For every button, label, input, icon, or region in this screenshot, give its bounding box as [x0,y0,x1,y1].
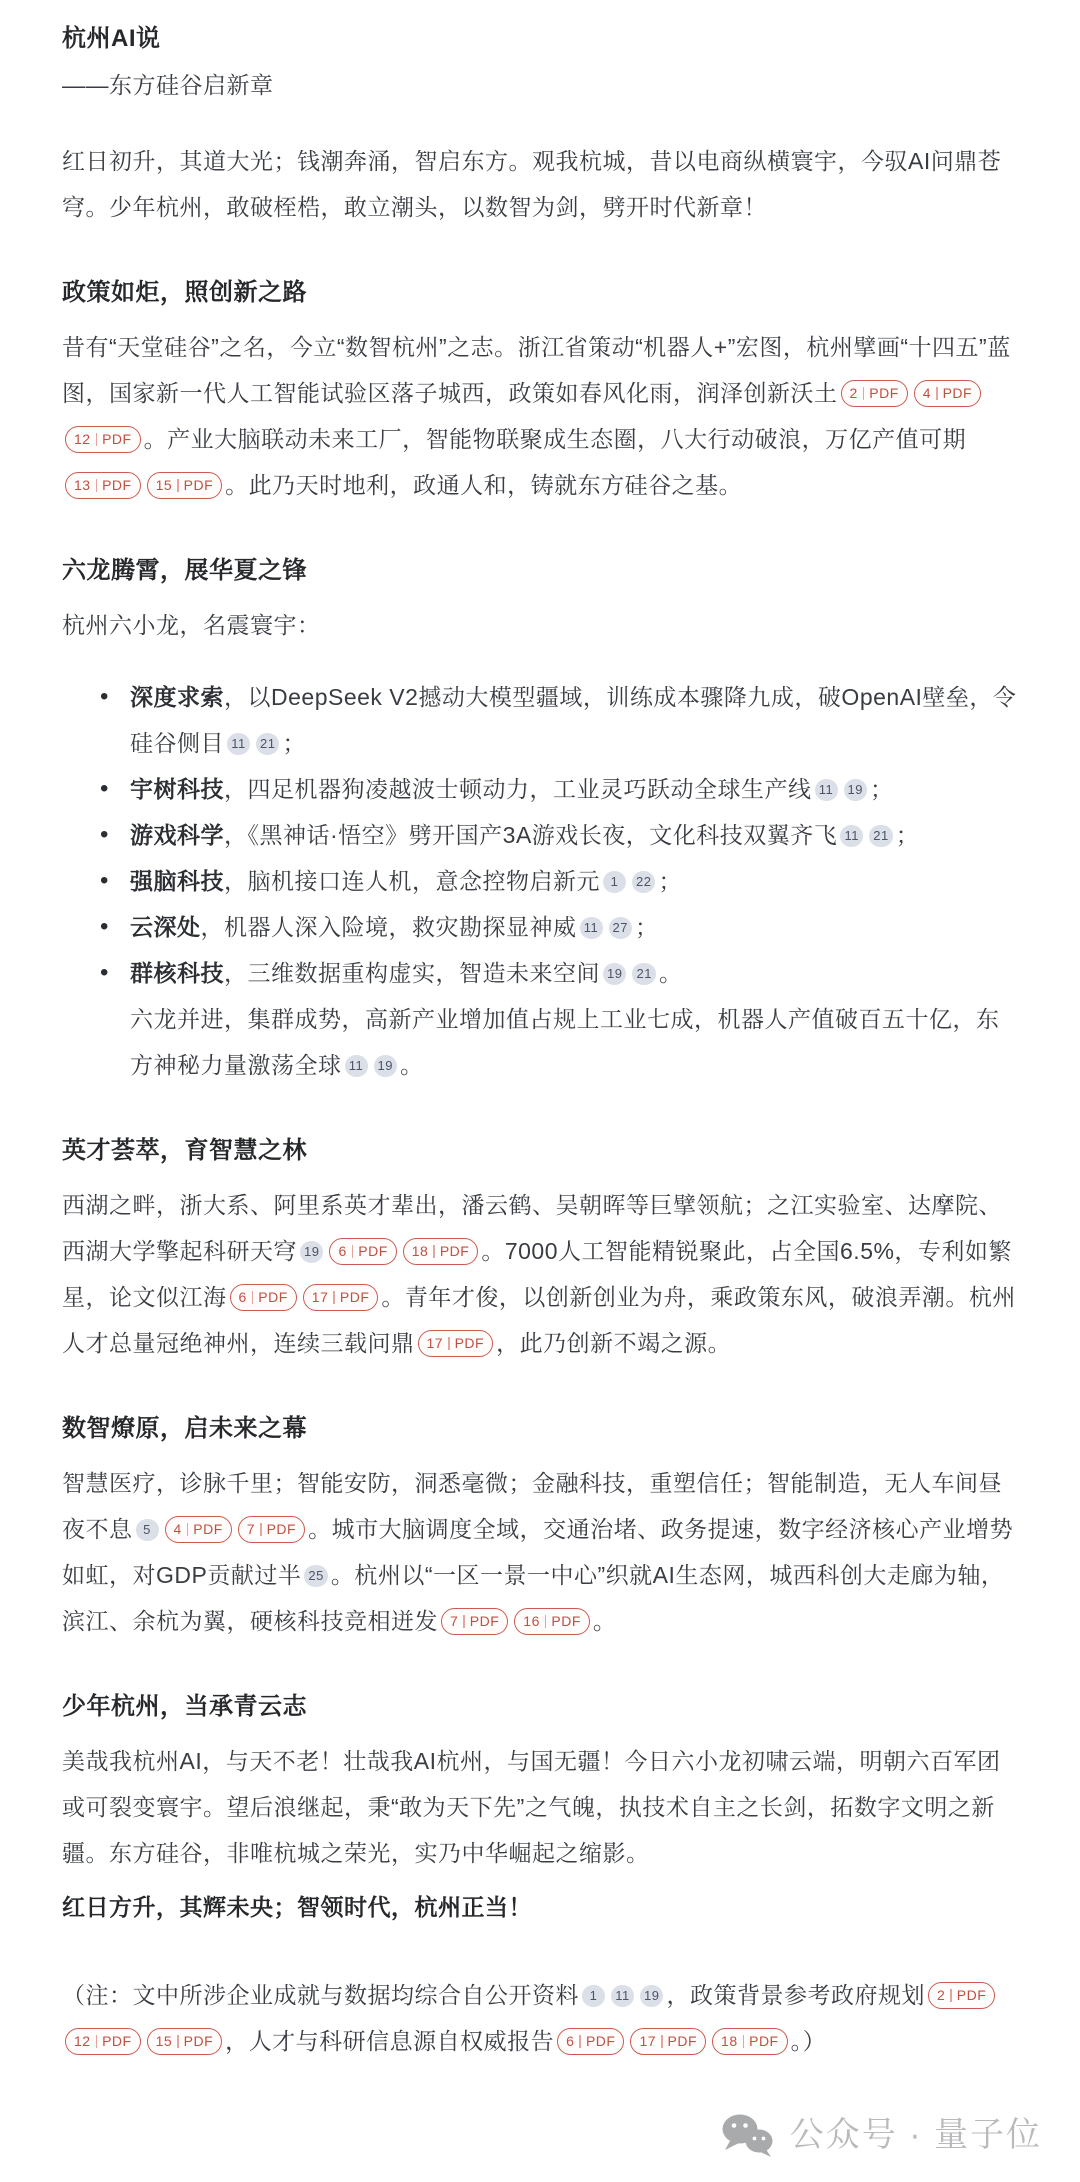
pdf-citation-badge[interactable]: 4PDF [165,1516,232,1543]
citation-badge[interactable]: 1 [603,871,626,893]
pdf-citation-number: 16 [523,1609,540,1634]
pdf-citation-number: 13 [74,473,91,498]
page-subtitle: ——东方硅谷启新章 [62,62,1018,108]
pdf-separator-icon [177,2035,179,2048]
citation-badge[interactable]: 25 [304,1565,327,1587]
pdf-separator-icon [661,2035,663,2048]
list-item: 群核科技，三维数据重构虚实，智造未来空间1921。六龙并进，集群成势，高新产业增… [130,950,1018,1088]
citation-badge[interactable]: 22 [632,871,655,893]
pdf-citation-label: PDF [668,2029,698,2054]
text-run: 。产业大脑联动未来工厂，智能物联聚成生态圈，八大行动破浪，万亿产值可期 [144,426,967,452]
pdf-citation-label: PDF [943,381,973,406]
pdf-separator-icon [177,479,179,492]
pdf-citation-badge[interactable]: 6PDF [329,1238,396,1265]
pdf-separator-icon [545,1615,547,1628]
text-run: ，人才与科研信息源自权威报告 [225,2028,554,2054]
section-heading: 数智燎原，启未来之幕 [62,1406,1018,1452]
pdf-citation-label: PDF [267,1517,297,1542]
pdf-citation-badge[interactable]: 17PDF [630,2028,706,2055]
pdf-citation-number: 12 [74,2029,91,2054]
pdf-citation-badge[interactable]: 17PDF [303,1284,379,1311]
pdf-separator-icon [333,1291,335,1304]
pdf-separator-icon [260,1523,262,1536]
list-item: 强脑科技，脑机接口连人机，意念控物启新元122； [130,858,1018,904]
page-title: 杭州AI说 [62,16,1018,62]
citation-badge[interactable]: 19 [844,779,867,801]
list-item: 云深处，机器人深入险境，救灾勘探显神威1127； [130,904,1018,950]
pdf-citation-badge[interactable]: 18PDF [712,2028,788,2055]
pdf-citation-badge[interactable]: 17PDF [418,1330,494,1357]
pdf-citation-badge[interactable]: 2PDF [928,1982,995,2009]
bold-text-run: 云深处 [130,914,201,940]
text-run: ； [896,822,920,848]
citation-badge[interactable]: 19 [640,1985,663,2007]
text-run: 杭州六小龙，名震寰宇： [62,612,321,638]
pdf-separator-icon [463,1615,465,1628]
text-run: ； [658,868,682,894]
section-heading: 政策如炬，照创新之路 [62,270,1018,316]
text-run: ； [635,914,659,940]
pdf-citation-number: 4 [174,1517,182,1542]
pdf-citation-number: 2 [937,1983,945,2008]
pdf-citation-label: PDF [184,473,214,498]
paragraph: 红日方升，其辉未央；智领时代，杭州正当！ [62,1884,1018,1930]
pdf-separator-icon [950,1989,952,2002]
text-run: 。 [593,1608,617,1634]
text-run: 。） [791,2028,827,2054]
pdf-citation-number: 15 [156,473,173,498]
text-run: ，政策背景参考政府规划 [666,1982,925,2008]
text-run: 六龙并进，集群成势，高新产业增加值占规上工业七成，机器人产值破百五十亿，东方神秘… [130,1006,1000,1078]
pdf-citation-badge[interactable]: 4PDF [914,380,981,407]
paragraph: 红日初升，其道大光；钱潮奔涌，智启东方。观我杭城，昔以电商纵横寰宇，今驭AI问鼎… [62,138,1018,230]
bold-text-run: 深度求索 [130,684,224,710]
pdf-citation-number: 2 [850,381,858,406]
pdf-citation-label: PDF [455,1331,485,1356]
pdf-citation-label: PDF [551,1609,581,1634]
text-run: 。此乃天时地利，政通人和，铸就东方硅谷之基。 [225,472,742,498]
pdf-separator-icon [579,2035,581,2048]
pdf-citation-badge[interactable]: 7PDF [238,1516,305,1543]
text-run: （注：文中所涉企业成就与数据均综合自公开资料 [62,1982,579,2008]
watermark-text: 公众号 · 量子位 [790,2118,1042,2152]
pdf-citation-number: 4 [923,381,931,406]
pdf-separator-icon [96,479,98,492]
pdf-citation-label: PDF [957,1983,987,2008]
pdf-citation-label: PDF [340,1285,370,1310]
paragraph: 西湖之畔，浙大系、阿里系英才辈出，潘云鹤、吴朝晖等巨擘领航；之江实验室、达摩院、… [62,1182,1018,1366]
pdf-separator-icon [187,1523,189,1536]
pdf-citation-label: PDF [102,473,132,498]
list-item: 游戏科学，《黑神话·悟空》劈开国产3A游戏长夜，文化科技双翼齐飞1121； [130,812,1018,858]
pdf-citation-label: PDF [586,2029,616,2054]
citation-badge[interactable]: 21 [256,733,279,755]
pdf-citation-number: 12 [74,427,91,452]
pdf-citation-number: 15 [156,2029,173,2054]
pdf-citation-badge[interactable]: 12PDF [65,426,141,453]
citation-badge[interactable]: 11 [815,779,838,801]
pdf-citation-badge[interactable]: 2PDF [841,380,908,407]
text-run: ，此乃创新不竭之源。 [496,1330,731,1356]
article-body: 红日初升，其道大光；钱潮奔涌，智启东方。观我杭城，昔以电商纵横寰宇，今驭AI问鼎… [62,138,1018,2064]
pdf-citation-label: PDF [749,2029,779,2054]
section-heading: 六龙腾霄，展华夏之锋 [62,548,1018,594]
pdf-citation-number: 18 [412,1239,429,1264]
pdf-citation-badge[interactable]: 15PDF [147,2028,223,2055]
pdf-citation-label: PDF [440,1239,470,1264]
pdf-separator-icon [96,433,98,446]
pdf-citation-label: PDF [102,2029,132,2054]
pdf-citation-number: 6 [239,1285,247,1310]
pdf-citation-label: PDF [258,1285,288,1310]
pdf-citation-badge[interactable]: 13PDF [65,472,141,499]
citation-badge[interactable]: 19 [300,1241,323,1263]
article-page: 杭州AI说 ——东方硅谷启新章 红日初升，其道大光；钱潮奔涌，智启东方。观我杭城… [0,0,1080,2182]
text-run: ，脑机接口连人机，意念控物启新元 [224,868,600,894]
text-run: 美哉我杭州AI，与天不老！壮哉我AI杭州，与国无疆！今日六小龙初啸云端，明朝六百… [62,1748,1000,1866]
bullet-list: 深度求索，以DeepSeek V2撼动大模型疆域，训练成本骤降九成，破OpenA… [62,674,1018,1088]
text-run: ，四足机器狗凌越波士顿动力，工业灵巧跃动全球生产线 [224,776,812,802]
pdf-citation-badge[interactable]: 7PDF [441,1608,508,1635]
list-item: 深度求索，以DeepSeek V2撼动大模型疆域，训练成本骤降九成，破OpenA… [130,674,1018,766]
citation-badge[interactable]: 21 [869,825,892,847]
citation-badge[interactable]: 19 [603,963,626,985]
pdf-citation-number: 17 [427,1331,444,1356]
pdf-separator-icon [433,1245,435,1258]
text-run: 红日初升，其道大光；钱潮奔涌，智启东方。观我杭城，昔以电商纵横寰宇，今驭AI问鼎… [62,148,1001,220]
citation-badge[interactable]: 5 [136,1519,159,1541]
paragraph: 昔有“天堂硅谷”之名，今立“数智杭州”之志。浙江省策动“机器人+”宏图，杭州擘画… [62,324,1018,508]
pdf-citation-number: 7 [450,1609,458,1634]
pdf-separator-icon [743,2035,745,2048]
paragraph: 美哉我杭州AI，与天不老！壮哉我AI杭州，与国无疆！今日六小龙初啸云端，明朝六百… [62,1738,1018,1876]
pdf-separator-icon [96,2035,98,2048]
pdf-citation-number: 17 [312,1285,329,1310]
pdf-citation-label: PDF [184,2029,214,2054]
text-run: ； [870,776,894,802]
pdf-citation-number: 18 [721,2029,738,2054]
citation-badge[interactable]: 1 [582,1985,605,2007]
citation-badge[interactable]: 11 [345,1055,368,1077]
citation-badge[interactable]: 11 [611,1985,634,2007]
pdf-citation-label: PDF [470,1609,500,1634]
pdf-citation-label: PDF [102,427,132,452]
bold-text-run: 游戏科学 [130,822,224,848]
pdf-citation-badge[interactable]: 18PDF [403,1238,479,1265]
text-run: 。 [659,960,683,986]
citation-badge[interactable]: 27 [609,917,632,939]
pdf-separator-icon [252,1291,254,1304]
pdf-separator-icon [936,387,938,400]
text-run: ，《黑神话·悟空》劈开国产3A游戏长夜，文化科技双翼齐飞 [224,822,837,848]
paragraph: 智慧医疗，诊脉千里；智能安防，洞悉毫微；金融科技，重塑信任；智能制造，无人车间昼… [62,1460,1018,1644]
section-heading: 少年杭州，当承青云志 [62,1684,1018,1730]
citation-badge[interactable]: 11 [580,917,603,939]
citation-badge[interactable]: 11 [227,733,250,755]
pdf-citation-number: 6 [338,1239,346,1264]
citation-badge[interactable]: 19 [374,1055,397,1077]
bold-text-run: 群核科技 [130,960,224,986]
pdf-citation-number: 7 [247,1517,255,1542]
text-run: ； [282,730,306,756]
pdf-citation-badge[interactable]: 6PDF [230,1284,297,1311]
text-run: ，机器人深入险境，救灾勘探显神威 [201,914,577,940]
pdf-citation-number: 17 [639,2029,656,2054]
pdf-citation-label: PDF [193,1517,223,1542]
text-run: ，三维数据重构虚实，智造未来空间 [224,960,600,986]
pdf-citation-badge[interactable]: 6PDF [557,2028,624,2055]
pdf-citation-label: PDF [869,381,899,406]
text-run: 。 [400,1052,424,1078]
pdf-citation-badge[interactable]: 12PDF [65,2028,141,2055]
pdf-citation-number: 6 [566,2029,574,2054]
pdf-citation-label: PDF [358,1239,388,1264]
section-heading: 英才荟萃，育智慧之林 [62,1128,1018,1174]
wechat-icon [718,2112,776,2158]
paragraph: （注：文中所涉企业成就与数据均综合自公开资料11119，政策背景参考政府规划2P… [62,1972,1018,2064]
bold-text-run: 宇树科技 [130,776,224,802]
citation-badge[interactable]: 11 [840,825,863,847]
pdf-separator-icon [863,387,865,400]
bold-text-run: 强脑科技 [130,868,224,894]
pdf-separator-icon [352,1245,354,1258]
pdf-citation-badge[interactable]: 15PDF [147,472,223,499]
citation-badge[interactable]: 21 [632,963,655,985]
text-run: 红日方升，其辉未央；智领时代，杭州正当！ [62,1894,532,1920]
list-item: 宇树科技，四足机器狗凌越波士顿动力，工业灵巧跃动全球生产线1119； [130,766,1018,812]
watermark: 公众号 · 量子位 [718,2112,1042,2158]
paragraph: 杭州六小龙，名震寰宇： [62,602,1018,648]
pdf-separator-icon [448,1337,450,1350]
pdf-citation-badge[interactable]: 16PDF [514,1608,590,1635]
